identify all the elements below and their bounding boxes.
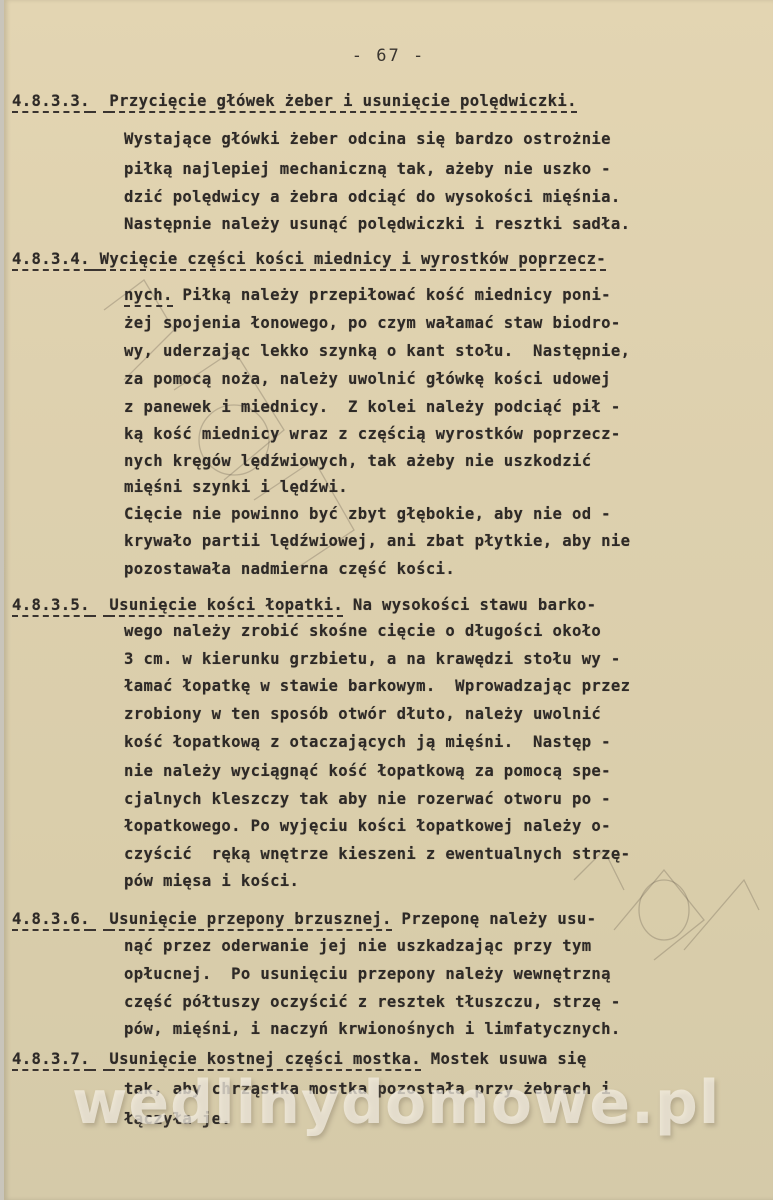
text-line: krywało partii lędźwiowej, ani zbat płyt… xyxy=(124,532,630,550)
text-line: opłucnej. Po usunięciu przepony należy w… xyxy=(124,965,611,983)
text-line: żej spojenia łonowego, po czym wałamać s… xyxy=(124,314,621,332)
text-line: wy, uderzając lekko szynką o kant stołu.… xyxy=(124,342,630,360)
section-number: 4.8.3.5. xyxy=(12,596,90,617)
text-line: 3 cm. w kierunku grzbietu, a na krawędzi… xyxy=(124,650,621,668)
text-line: nych. Piłką należy przepiłować kość mied… xyxy=(124,286,611,304)
text-line: Następnie należy usunąć polędwiczki i re… xyxy=(124,215,630,233)
text-line: nie należy wyciągnąć kość łopatkową za p… xyxy=(124,762,611,780)
section-title: Usunięcie przepony brzusznej. xyxy=(109,910,391,931)
text-line: wego należy zrobić skośne cięcie o długo… xyxy=(124,622,601,640)
stamp-watermark-icon xyxy=(564,820,764,970)
text-line: nąć przez oderwanie jej nie uszkadzając … xyxy=(124,937,591,955)
text-line: mięśni szynki i lędźwi. xyxy=(124,478,348,496)
text-line: za pomocą noża, należy uwolnić główkę ko… xyxy=(124,370,611,388)
text-line: pów mięsa i kości. xyxy=(124,872,299,890)
text-line: nych kręgów lędźwiowych, tak ażeby nie u… xyxy=(124,452,591,470)
text-line: zrobiony w ten sposób otwór dłuto, należ… xyxy=(124,705,601,723)
text-line: z panewek i miednicy. Z kolei należy pod… xyxy=(124,398,621,416)
section-title-continuation: nych. xyxy=(124,286,173,307)
section-heading: 4.8.3.3. Przycięcie główek żeber i usuni… xyxy=(12,92,577,110)
section-heading: 4.8.3.5. Usunięcie kości łopatki. Na wys… xyxy=(12,596,596,614)
text-line: łopatkowego. Po wyjęciu kości łopatkowej… xyxy=(124,817,611,835)
section-number: 4.8.3.6. xyxy=(12,910,90,931)
section-title: Usunięcie kości łopatki. xyxy=(109,596,343,617)
text-line: dzić polędwicy a żebra odciąć do wysokoś… xyxy=(124,188,621,206)
text-line: Cięcie nie powinno być zbyt głębokie, ab… xyxy=(124,505,611,523)
section-heading: 4.8.3.4. Wycięcie części kości miednicy … xyxy=(12,250,606,268)
text-line: pów, mięśni, i naczyń krwionośnych i lim… xyxy=(124,1020,621,1038)
text-line: kość łopatkową z otaczających ją mięśni.… xyxy=(124,733,611,751)
document-page: - 67 - 4.8.3.3. Przycięcie główek żeber … xyxy=(4,0,773,1200)
section-title: Wycięcie części kości miednicy i wyrostk… xyxy=(100,250,606,271)
section-heading: 4.8.3.6. Usunięcie przepony brzusznej. P… xyxy=(12,910,596,928)
site-watermark: wedlinydomowe.pl xyxy=(72,1068,720,1138)
section-number: 4.8.3.3. xyxy=(12,92,90,113)
text-line: piłką najlepiej mechaniczną tak, ażeby n… xyxy=(124,160,611,178)
text-line: Wystające główki żeber odcina się bardzo… xyxy=(124,130,611,148)
page-number: - 67 - xyxy=(4,46,773,66)
section-heading: 4.8.3.7. Usunięcie kostnej części mostka… xyxy=(12,1050,587,1068)
text-line: łamać łopatkę w stawie barkowym. Wprowad… xyxy=(124,677,630,695)
section-number: 4.8.3.4. xyxy=(12,250,90,271)
text-line: ką kość miednicy wraz z częścią wyrostkó… xyxy=(124,425,621,443)
text-line: czyścić ręką wnętrze kieszeni z ewentual… xyxy=(124,845,630,863)
text-line: część półtuszy oczyścić z resztek tłuszc… xyxy=(124,993,621,1011)
text-line: cjalnych kleszczy tak aby nie rozerwać o… xyxy=(124,790,611,808)
text-line: pozostawała nadmierna część kości. xyxy=(124,560,455,578)
section-title: Przycięcie główek żeber i usunięcie polę… xyxy=(109,92,576,113)
